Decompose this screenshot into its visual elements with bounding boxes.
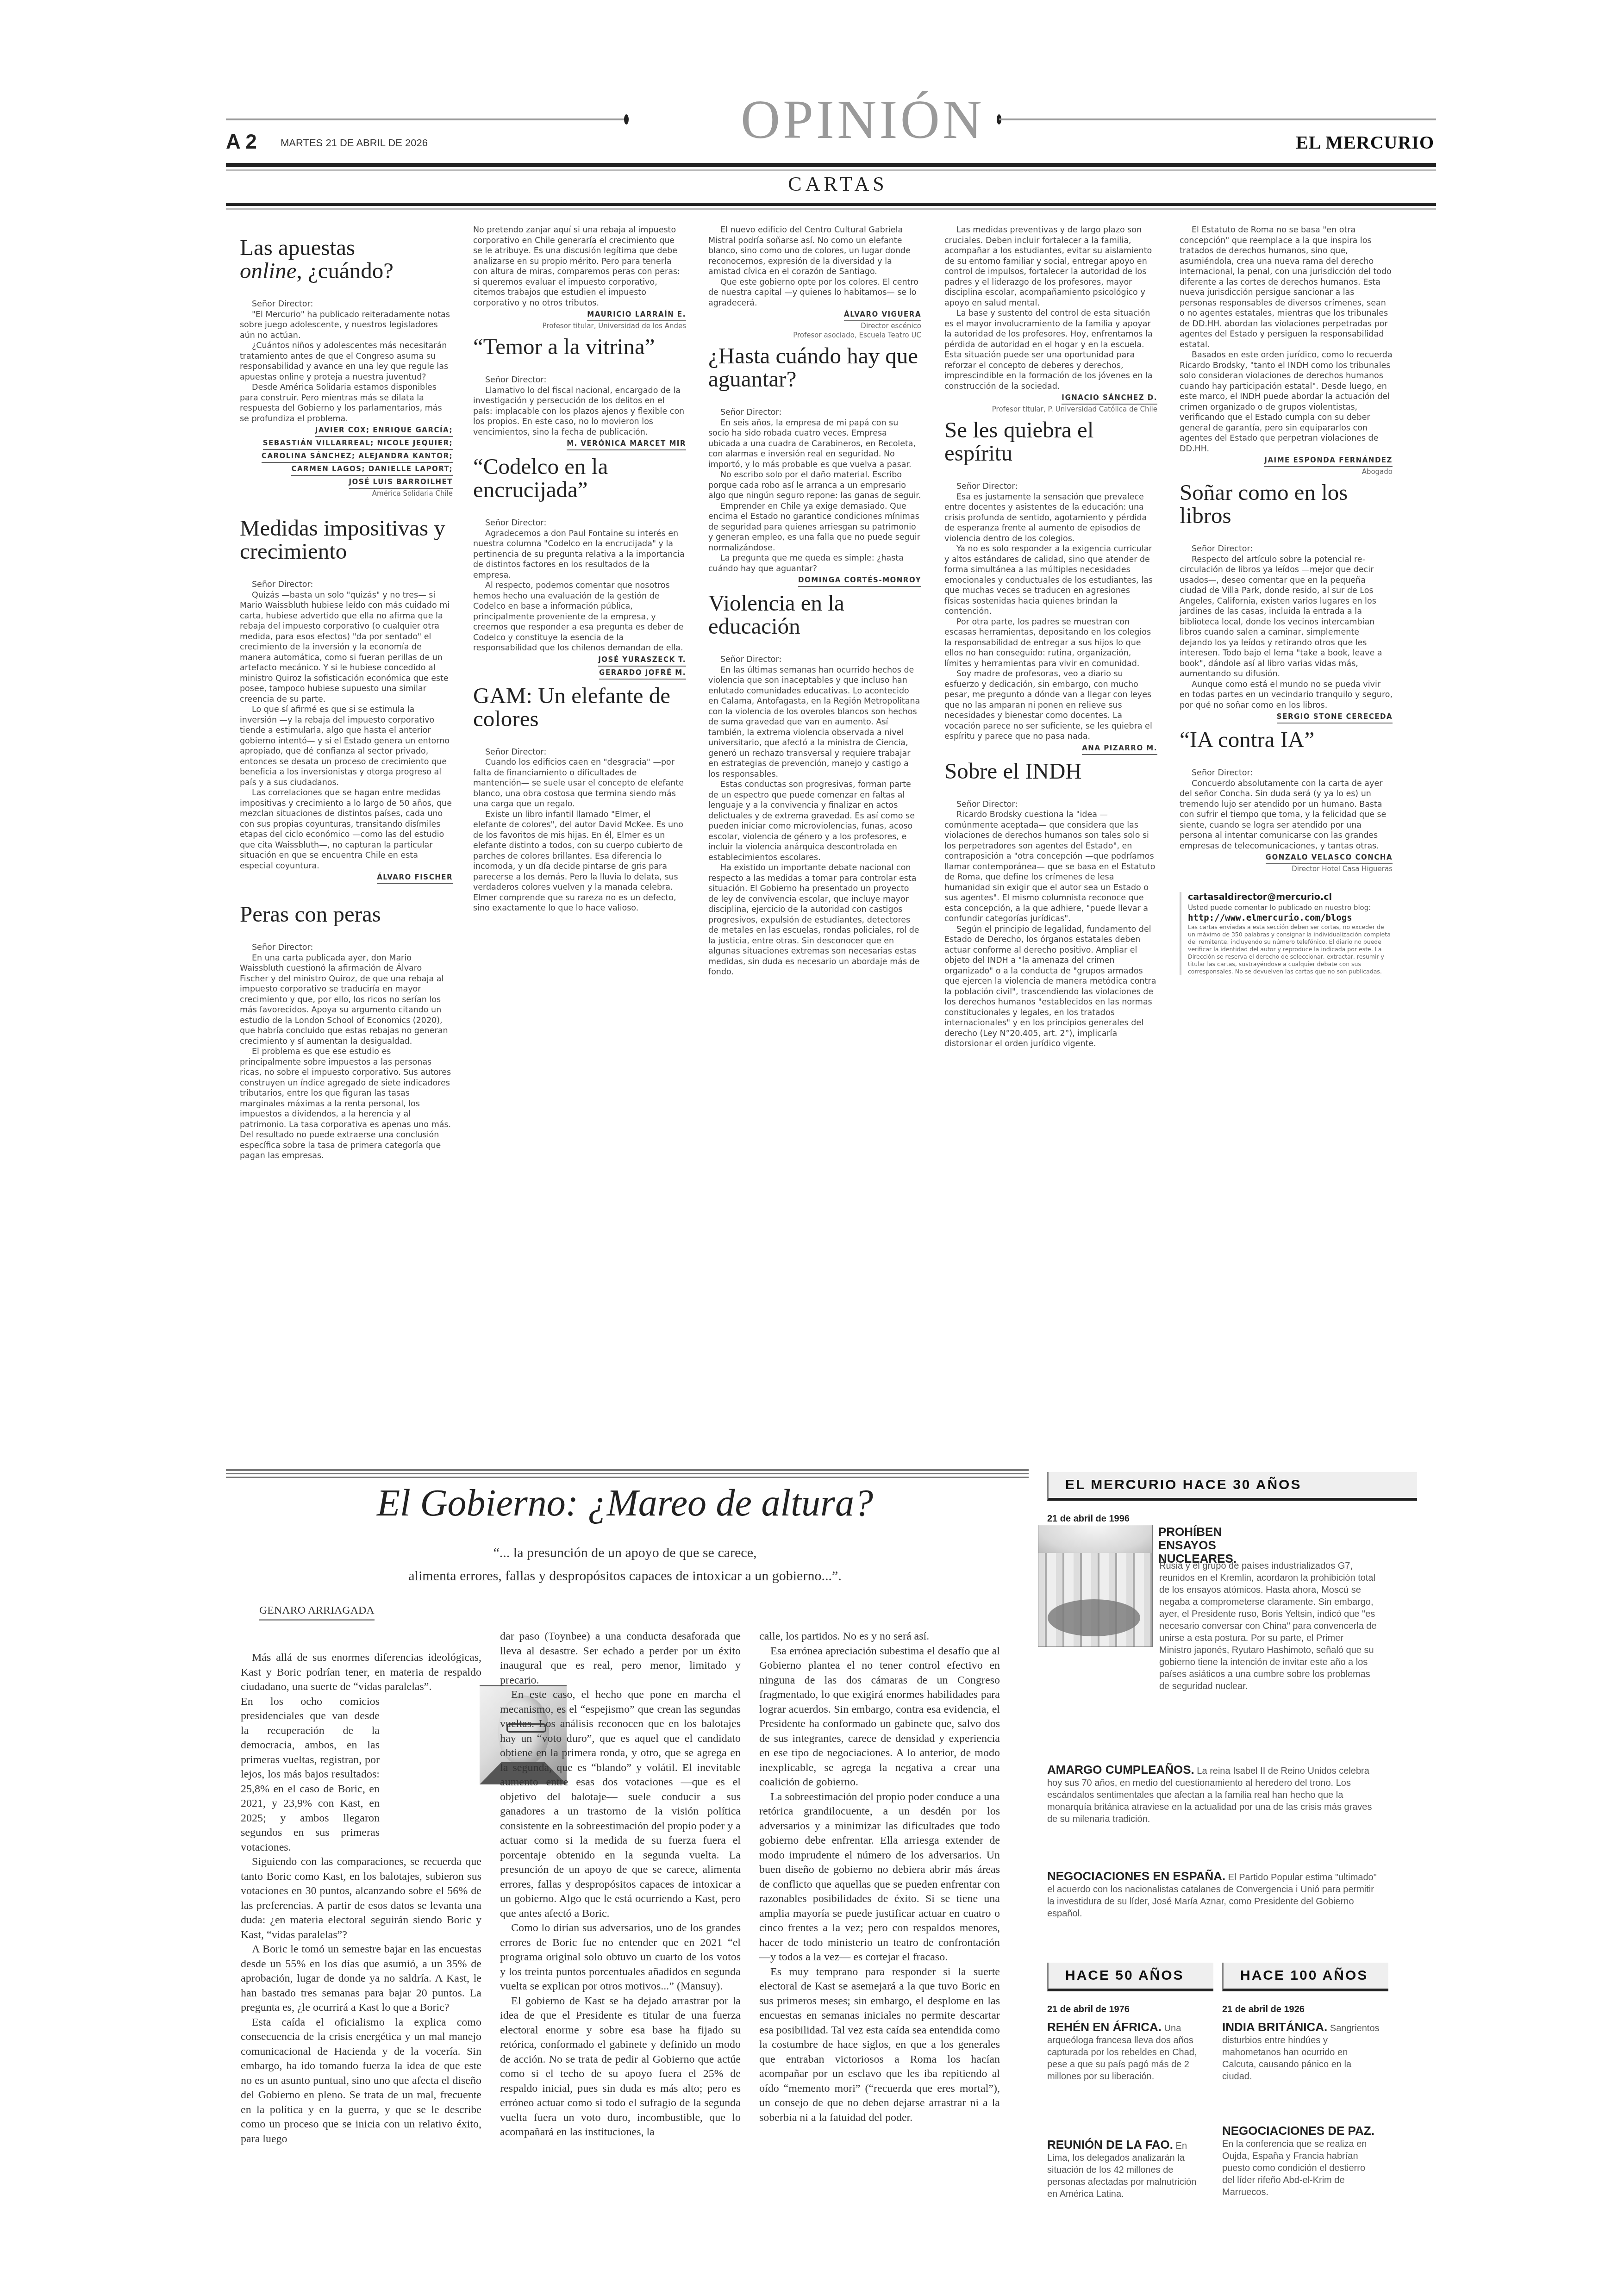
column-paragraph: El gobierno de Kast se ha dejado arrastr… <box>500 1994 741 2140</box>
letter-paragraph: Agradecemos a don Paul Fontaine su inter… <box>473 529 686 581</box>
letter-signature: ANA PIZARRO M. <box>944 742 1157 755</box>
salutation: Señor Director: <box>708 655 921 665</box>
column-deck: “... la presunción de un apoyo de que se… <box>278 1541 972 1588</box>
column-paragraph: Esta caída el oficialismo la explica com… <box>241 2015 481 2147</box>
letter-affiliation: Abogado <box>1180 467 1393 476</box>
column-paragraph: En este caso, el hecho que pone en march… <box>500 1688 741 1921</box>
letter-title: Violencia en la educación <box>708 592 921 638</box>
history-30-date: 21 de abril de 1996 <box>1047 1514 1130 1524</box>
salutation: Señor Director: <box>240 299 453 310</box>
letter-temor-vitrina: “Temor a la vitrina” Señor Director: Lla… <box>473 335 686 450</box>
letter-paragraph: No escribo solo por el daño material. Es… <box>708 470 921 501</box>
letter-signature: DOMINGA CORTÉS-MONROY <box>708 574 921 587</box>
column-divider-3 <box>226 1477 1029 1478</box>
salutation: Señor Director: <box>1180 768 1393 779</box>
letter-paragraph: ¿Cuántos niños y adolescentes más necesi… <box>240 341 453 382</box>
salutation: Señor Director: <box>708 407 921 418</box>
letter-paragraph: La pregunta que me queda es simple: ¿has… <box>708 553 921 574</box>
column-text-3: calle, los partidos. No es y no será así… <box>759 1629 1000 2125</box>
letter-paragraph: Desde América Solidaria estamos disponib… <box>240 382 453 424</box>
history-100-item: NEGOCIACIONES DE PAZ. En la conferencia … <box>1222 2125 1380 2198</box>
history-50-title: HACE 50 AÑOS <box>1065 1968 1184 1983</box>
subsection-divider-thin <box>226 208 1436 210</box>
letters-column-1: Las apuestasonline, ¿cuándo? Señor Direc… <box>240 231 453 1161</box>
photo-dome <box>1038 1525 1152 1553</box>
column-paragraph: dar paso (Toynbee) a una conducta desafo… <box>500 1629 741 1688</box>
letter-title: Soñar como en los libros <box>1180 481 1393 527</box>
column-paragraph: calle, los partidos. No es y no será así… <box>759 1629 1000 1644</box>
letter-paragraph: No pretendo zanjar aquí si una rebaja al… <box>473 225 686 308</box>
letter-hasta-cuando: ¿Hasta cuándo hay que aguantar? Señor Di… <box>708 344 921 587</box>
column-paragraph: Como lo dirían sus adversarios, uno de l… <box>500 1921 741 1994</box>
letter-signature: ÁLVARO VIGUERA <box>708 308 921 321</box>
letter-paragraph: En una carta publicada ayer, don Mario W… <box>240 953 453 1047</box>
letter-paragraph: Estas conductas son progresivas, forman … <box>708 780 921 863</box>
letters-column-4: Las medidas preventivas y de largo plazo… <box>944 225 1157 1049</box>
history-100-title: HACE 100 AÑOS <box>1240 1968 1368 1983</box>
letter-signature: JAVIER COX; ENRIQUE GARCÍA; SEBASTIÁN VI… <box>240 424 453 489</box>
letter-paragraph: Concuerdo absolutamente con la carta de … <box>1180 779 1393 852</box>
letter-title: Se les quiebra el espíritu <box>944 418 1157 465</box>
letter-affiliation: América Solidaria Chile <box>240 489 453 498</box>
page-number: A 2 <box>226 131 257 154</box>
masthead-rule-left <box>226 118 627 120</box>
column-text-1: Más allá de sus enormes diferencias ideo… <box>241 1651 481 2146</box>
letters-column-5: El Estatuto de Roma no se basa "en otra … <box>1180 225 1393 975</box>
column-paragraph: La sobreestimación del propio poder cond… <box>759 1790 1000 1965</box>
blog-label: Usted puede comentar lo publicado en nue… <box>1188 903 1393 913</box>
letter-quiebra-espiritu: Se les quiebra el espíritu Señor Directo… <box>944 418 1157 755</box>
letter-paragraph: La base y sustento del control de esta s… <box>944 308 1157 392</box>
salutation: Señor Director: <box>944 481 1157 492</box>
letter-signature: M. VERÓNICA MARCET MIR <box>473 437 686 450</box>
letter-paragraph: El problema es que ese estudio es princi… <box>240 1047 453 1161</box>
letter-paragraph: Al respecto, podemos comentar que nosotr… <box>473 580 686 654</box>
salutation: Señor Director: <box>473 375 686 386</box>
blog-url-link[interactable]: http://www.elmercurio.com/blogs <box>1188 913 1393 923</box>
history-30-item: NEGOCIACIONES EN ESPAÑA. El Partido Popu… <box>1047 1870 1380 1920</box>
letter-signature: IGNACIO SÁNCHEZ D. <box>944 392 1157 405</box>
letter-signature: SERGIO STONE CERECEDA <box>1180 711 1393 723</box>
letters-column-2: No pretendo zanjar aquí si una rebaja al… <box>473 225 686 914</box>
letter-title: ¿Hasta cuándo hay que aguantar? <box>708 344 921 391</box>
letter-paragraph: Las correlaciones que se hagan entre med… <box>240 788 453 871</box>
letter-title: GAM: Un elefante de colores <box>473 684 686 730</box>
masthead-rule-right <box>999 118 1436 120</box>
newspaper-brand: EL MERCURIO <box>1296 131 1434 153</box>
history-50-date: 21 de abril de 1976 <box>1047 2004 1130 2015</box>
letter-apuestas-online: Las apuestasonline, ¿cuándo? Señor Direc… <box>240 236 453 498</box>
column-author: GENARO ARRIAGADA <box>259 1604 375 1621</box>
history-30-item: AMARGO CUMPLEAÑOS. La reina Isabel II de… <box>1047 1764 1380 1825</box>
letter-medidas-impositivas: Medidas impositivas y crecimiento Señor … <box>240 517 453 884</box>
letters-rules: Las cartas enviadas a esta sección deben… <box>1188 923 1393 975</box>
letter-paragraph: El Estatuto de Roma no se basa "en otra … <box>1180 225 1393 350</box>
history-30-item-text: Rusia y el grupo de países industrializa… <box>1038 1560 1377 1692</box>
history-100-header: HACE 100 AÑOS <box>1222 1963 1388 1991</box>
letter-paragraph: Aunque como está el mundo no se pueda vi… <box>1180 680 1393 711</box>
letter-paragraph: "El Mercurio" ha publicado reiteradament… <box>240 310 453 341</box>
salutation: Señor Director: <box>944 799 1157 810</box>
subsection-title: CARTAS <box>741 172 935 196</box>
salutation: Señor Director: <box>240 942 453 953</box>
letter-affiliation: Profesor titular, Universidad de los And… <box>473 321 686 331</box>
section-title: OPINIÓN <box>741 93 935 147</box>
letter-codelco: “Codelco en la encrucijada” Señor Direct… <box>473 455 686 680</box>
letter-signature: MAURICIO LARRAÍN E. <box>473 308 686 321</box>
letter-affiliation: Profesor titular, P. Universidad Católic… <box>944 405 1157 414</box>
letter-paragraph: El nuevo edificio del Centro Cultural Ga… <box>708 225 921 277</box>
letter-signature: GONZALO VELASCO CONCHA <box>1180 851 1393 864</box>
letter-paragraph: Respecto del artículo sobre la potencial… <box>1180 555 1393 680</box>
letter-sonar-libros: Soñar como en los libros Señor Director:… <box>1180 481 1393 723</box>
letter-paragraph: Quizás —basta un solo "quizás" y no tres… <box>240 590 453 705</box>
letter-affiliation: Director Hotel Casa Higueras <box>1180 864 1393 873</box>
salutation: Señor Director: <box>473 747 686 758</box>
letter-gam: GAM: Un elefante de colores Señor Direct… <box>473 684 686 914</box>
letter-paragraph: Ricardo Brodsky cuestiona la "idea —comú… <box>944 810 1157 924</box>
letter-paragraph: Llamativo lo del fiscal nacional, encarg… <box>473 386 686 438</box>
letter-ia-contra-ia: “IA contra IA” Señor Director: Concuerdo… <box>1180 728 1393 873</box>
column-paragraph: A Boric le tomó un semestre bajar en las… <box>241 1942 481 2015</box>
letter-paragraph: Lo que sí afirmé es que si se estimula l… <box>240 705 453 788</box>
column-paragraph: Siguiendo con las comparaciones, se recu… <box>241 1855 481 1942</box>
letter-sobre-indh: Sobre el INDH Señor Director: Ricardo Br… <box>944 760 1157 1049</box>
salutation: Señor Director: <box>240 580 453 590</box>
letter-paragraph: Soy madre de profesoras, veo a diario su… <box>944 669 1157 742</box>
masthead-ornament-left <box>624 114 629 125</box>
letter-paragraph: Ya no es solo responder a la exigencia c… <box>944 544 1157 617</box>
letter-paragraph: Por otra parte, los padres se muestran c… <box>944 617 1157 669</box>
letter-signature: JAIME ESPONDA FERNÁNDEZ <box>1180 454 1393 467</box>
letter-title: Medidas impositivas y crecimiento <box>240 517 453 563</box>
letter-paragraph: Ha existido un importante debate naciona… <box>708 863 921 978</box>
letter-paragraph: Emprender en Chile ya exige demasiado. Q… <box>708 501 921 554</box>
letter-paragraph: Esa es justamente la sensación que preva… <box>944 492 1157 544</box>
letter-paragraph: Que este gobierno opte por los colores. … <box>708 277 921 309</box>
column-title: El Gobierno: ¿Mareo de altura? <box>278 1481 972 1525</box>
column-paragraph: Más allá de sus enormes diferencias ideo… <box>241 1651 481 1695</box>
letter-paragraph: Basados en este orden jurídico, como lo … <box>1180 350 1393 454</box>
subsection-divider <box>226 203 1436 206</box>
letter-signature: ÁLVARO FISCHER <box>240 871 453 884</box>
letter-paragraph: En seis años, la empresa de mi papá con … <box>708 418 921 470</box>
history-30-header: EL MERCURIO HACE 30 AÑOS <box>1047 1472 1417 1501</box>
column-divider <box>226 1469 1029 1471</box>
letter-title: Las apuestasonline, ¿cuándo? <box>240 236 453 282</box>
letters-contact-box: cartasaldirector@mercurio.cl Usted puede… <box>1180 892 1393 975</box>
history-30-title: EL MERCURIO HACE 30 AÑOS <box>1065 1477 1301 1492</box>
history-50-item: REUNIÓN DE LA FAO. En Lima, los delegado… <box>1047 2139 1209 2200</box>
history-50-item: REHÉN EN ÁFRICA. Una arqueóloga francesa… <box>1047 2021 1209 2083</box>
column-text-2: dar paso (Toynbee) a una conducta desafo… <box>500 1629 741 2140</box>
letter-paragraph: Cuando los edificios caen en "desgracia"… <box>473 757 686 810</box>
letter-title: Peras con peras <box>240 903 453 926</box>
salutation: Señor Director: <box>473 518 686 529</box>
letter-paragraph: Según el principio de legalidad, fundame… <box>944 924 1157 1049</box>
letter-paragraph: Existe un libro infantil llamado "Elmer,… <box>473 810 686 914</box>
letter-title: “Temor a la vitrina” <box>473 335 686 358</box>
masthead-divider <box>226 163 1436 167</box>
letters-column-3: El nuevo edificio del Centro Cultural Ga… <box>708 225 921 978</box>
column-paragraph: Es muy temprano para responder si la sue… <box>759 1965 1000 2126</box>
page-date: MARTES 21 DE ABRIL DE 2026 <box>281 137 428 149</box>
column-paragraph: Esa errónea apreciación subestima el des… <box>759 1644 1000 1790</box>
letter-title: “IA contra IA” <box>1180 728 1393 751</box>
contact-email-link[interactable]: cartasaldirector@mercurio.cl <box>1188 892 1393 903</box>
column-paragraph: En los ocho comicios presidenciales que … <box>241 1695 380 1855</box>
masthead-divider-thin <box>226 169 1436 171</box>
letter-violencia-educacion: Violencia en la educación Señor Director… <box>708 592 921 978</box>
history-100-item: INDIA BRITÁNICA. Sangrientos disturbios … <box>1222 2021 1380 2083</box>
letter-paragraph: Las medidas preventivas y de largo plazo… <box>944 225 1157 308</box>
letter-title: “Codelco en la encrucijada” <box>473 455 686 501</box>
letter-paragraph: En las últimas semanas han ocurrido hech… <box>708 665 921 780</box>
letter-title: Sobre el INDH <box>944 760 1157 783</box>
letter-signature: JOSÉ YURASZECK T.GERARDO JOFRÉ M. <box>473 654 686 680</box>
history-100-date: 21 de abril de 1926 <box>1222 2004 1305 2015</box>
history-50-header: HACE 50 AÑOS <box>1047 1963 1213 1991</box>
letter-peras-con-peras: Peras con peras Señor Director: En una c… <box>240 903 453 1161</box>
letter-affiliation: Director escénicoProfesor asociado, Escu… <box>708 321 921 340</box>
column-divider-2 <box>226 1473 1029 1474</box>
salutation: Señor Director: <box>1180 544 1393 555</box>
